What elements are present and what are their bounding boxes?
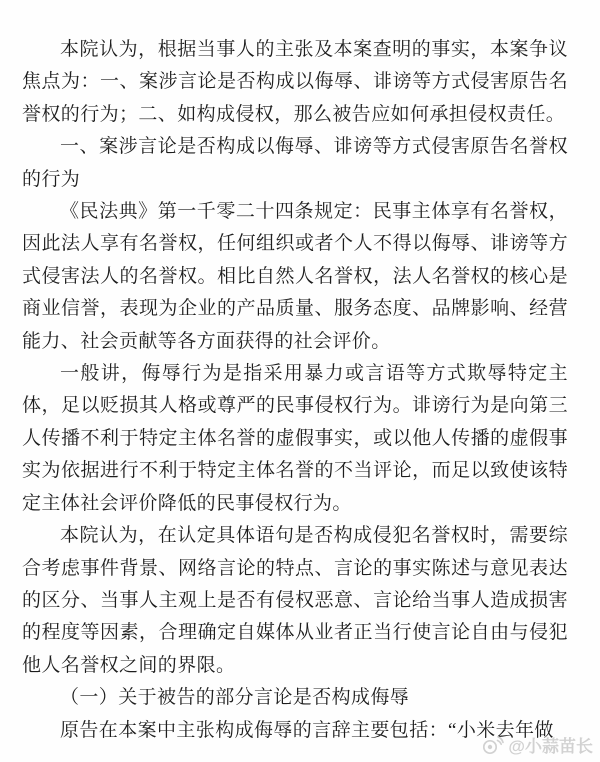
judgment-paragraph: 本院认为，在认定具体语句是否构成侵犯名誉权时，需要综合考虑事件背景、网络言论的特… [22,520,568,682]
judgment-paragraph: 本院认为，根据当事人的主张及本案查明的事实，本案争议焦点为：一、案涉言论是否构成… [22,34,568,131]
judgment-text-body: 本院认为，根据当事人的主张及本案查明的事实，本案争议焦点为：一、案涉言论是否构成… [22,34,568,747]
judgment-paragraph: 《民法典》第一千零二十四条规定：民事主体享有名誉权，因此法人享有名誉权，任何组织… [22,196,568,358]
judgment-paragraph: 一、案涉言论是否构成以侮辱、诽谤等方式侵害原告名誉权的行为 [22,131,568,196]
judgment-subheading: （一）关于被告的部分言论是否构成侮辱 [22,682,568,714]
document-page: 本院认为，根据当事人的主张及本案查明的事实，本案争议焦点为：一、案涉言论是否构成… [0,0,600,762]
weibo-camera-icon [481,734,505,756]
judgment-paragraph: 一般讲，侮辱行为是指采用暴力或言语等方式欺辱特定主体，足以贬损其人格或尊严的民事… [22,358,568,520]
weibo-watermark: @小蒜苗长 [481,732,593,757]
watermark-handle: @小蒜苗长 [508,732,593,757]
